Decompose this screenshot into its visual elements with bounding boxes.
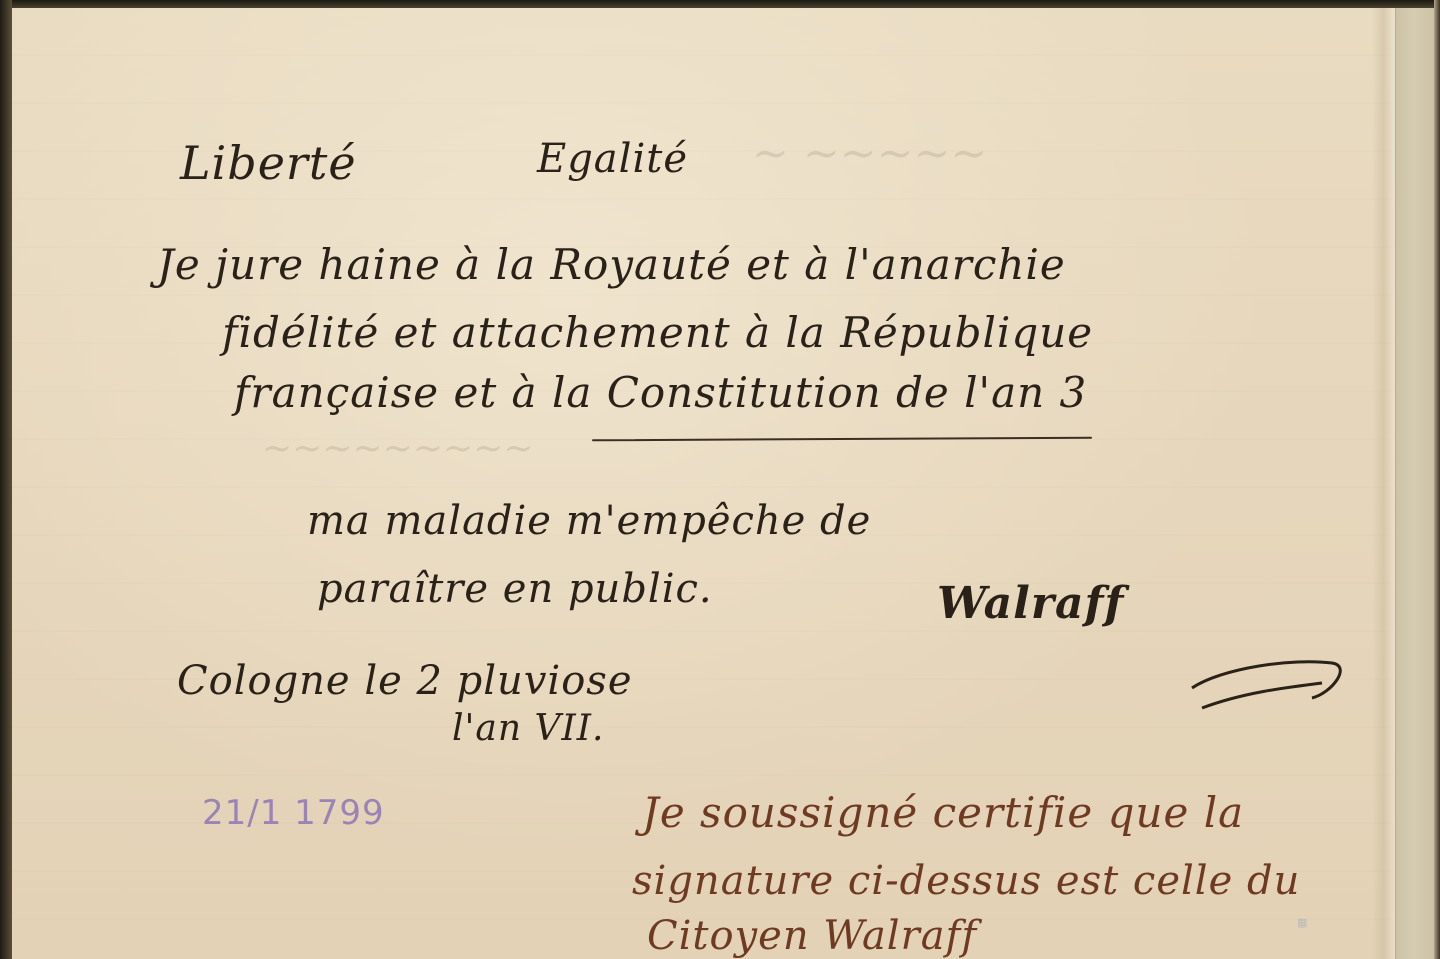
motto-liberte: Liberté	[180, 136, 357, 190]
oath-underline	[592, 437, 1092, 442]
oath-line-1: Je jure haine à la Royauté et à l'anarch…	[157, 240, 1066, 289]
library-stamp-icon: ▦	[1297, 916, 1307, 929]
motto-egalite: Egalité	[537, 136, 688, 182]
signature-name: Walraff	[937, 578, 1124, 629]
attestation-line-2: signature ci-dessus est celle du	[632, 858, 1300, 904]
archival-note: 21/1 1799	[202, 793, 385, 833]
excuse-line-2: paraître en public.	[317, 566, 713, 612]
scan-right-shadow	[1434, 0, 1440, 959]
attestation-line-1: Je soussigné certifie que la	[642, 788, 1244, 837]
ghost-showthrough-text: ~~~~~~~~~	[262, 428, 533, 469]
signature-flourish-icon	[1182, 638, 1362, 723]
oath-line-2: fidélité et attachement à la République	[222, 308, 1093, 357]
scan-left-edge	[0, 0, 12, 959]
paper-fold	[1372, 8, 1395, 959]
place-date-line-1: Cologne le 2 pluviose	[177, 658, 633, 704]
attestation-line-3: Citoyen Walraff	[647, 913, 977, 959]
ghost-showthrough-text: ~ ~~~~~	[752, 128, 987, 179]
manuscript-scan: ~ ~~~~~ ~~~~~~~~~ Liberté Egalité Je jur…	[0, 0, 1440, 959]
place-date-line-2: l'an VII.	[452, 708, 604, 749]
paper-sheet: ~ ~~~~~ ~~~~~~~~~ Liberté Egalité Je jur…	[12, 8, 1395, 959]
oath-line-3: française et à la Constitution de l'an 3	[234, 368, 1087, 417]
scan-top-edge	[0, 0, 1440, 8]
excuse-line-1: ma maladie m'empêche de	[307, 498, 871, 544]
